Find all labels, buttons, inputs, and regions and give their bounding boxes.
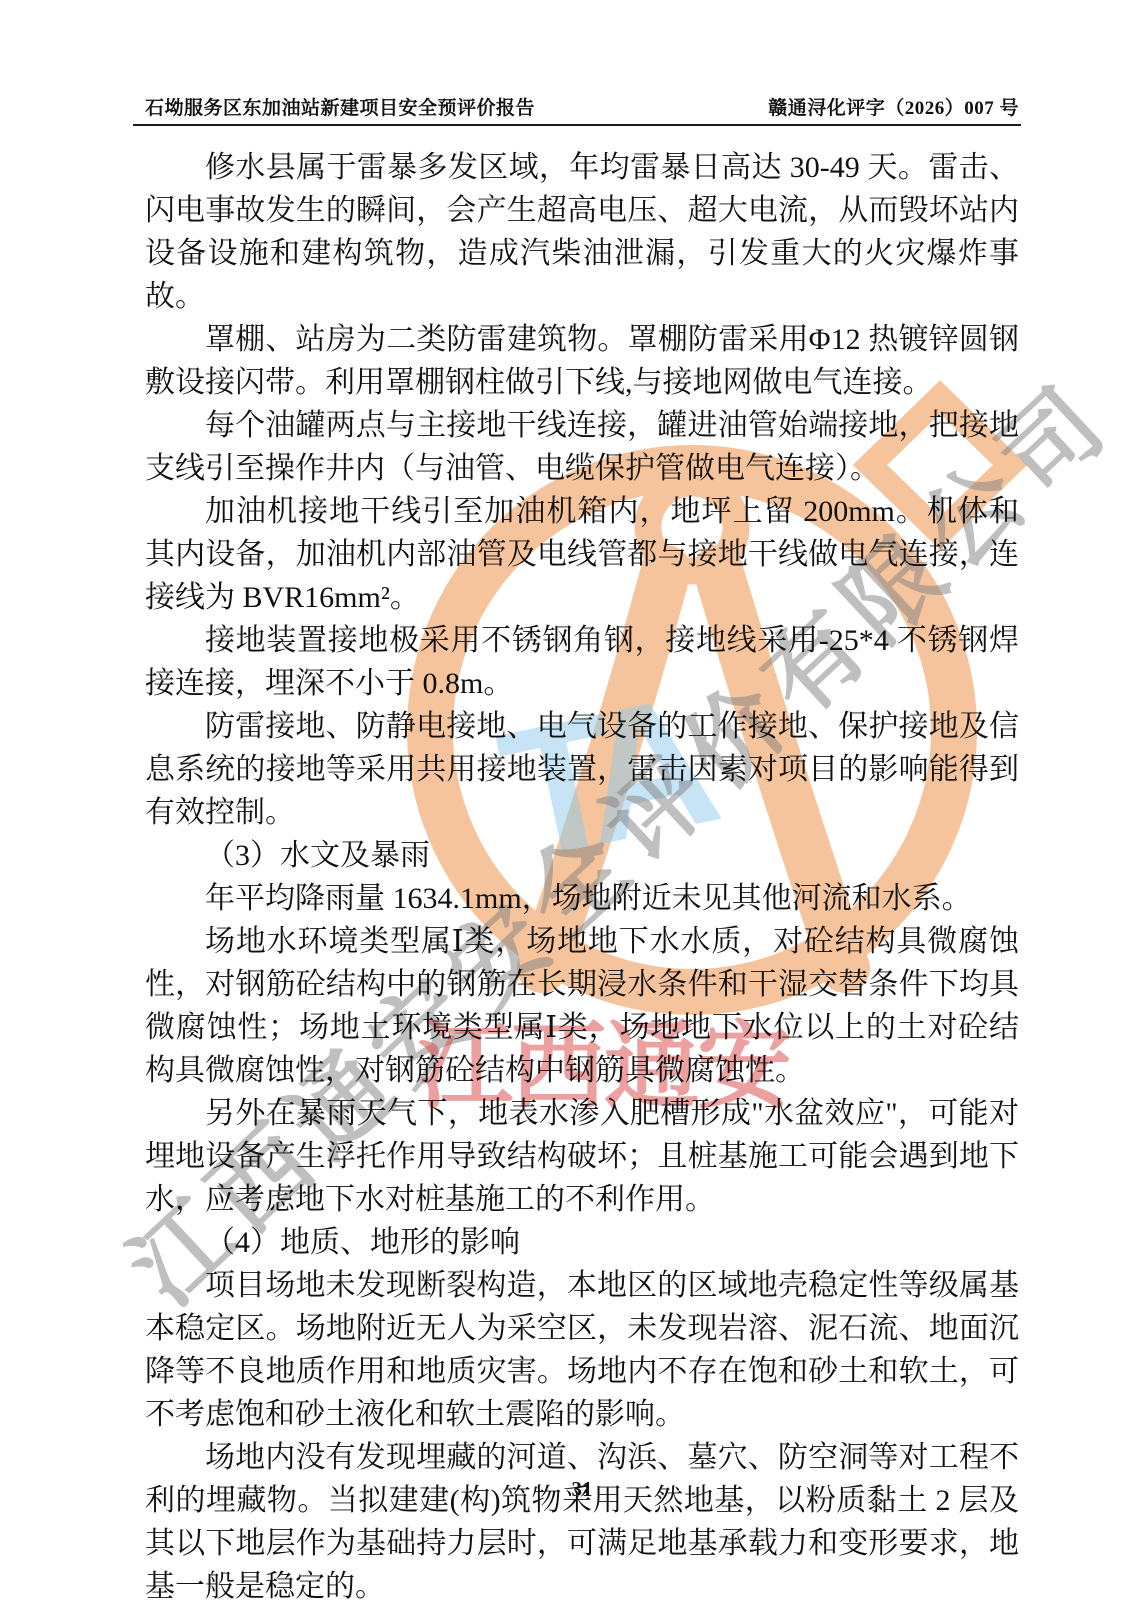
body-paragraph: 加油机接地干线引至加油机箱内，地坪上留 200mm。机体和其内设备，加油机内部油… (145, 490, 1019, 619)
page-header: 石坳服务区东加油站新建项目安全预评价报告 赣通浔化评字（2026）007 号 (145, 93, 1019, 120)
body-paragraph: 每个油罐两点与主接地干线连接，罐进油管始端接地，把接地支线引至操作井内（与油管、… (145, 404, 1019, 490)
body-paragraph: 防雷接地、防静电接地、电气设备的工作接地、保护接地及信息系统的接地等采用共用接地… (145, 705, 1019, 834)
document-number: 赣通浔化评字（2026）007 号 (768, 93, 1019, 120)
body-paragraph: 修水县属于雷暴多发区域，年均雷暴日高达 30-49 天。雷击、闪电事故发生的瞬间… (145, 146, 1019, 318)
body-paragraph: 场地水环境类型属Ⅰ类，场地地下水水质，对砼结构具微腐蚀性，对钢筋砼结构中的钢筋在… (145, 920, 1019, 1092)
section-heading: （3）水文及暴雨 (145, 834, 1019, 877)
body-paragraph: 项目场地未发现断裂构造，本地区的区域地壳稳定性等级属基本稳定区。场地附近无人为采… (145, 1264, 1019, 1436)
body-paragraph: 另外在暴雨天气下，地表水渗入肥槽形成"水盆效应"，可能对埋地设备产生浮托作用导致… (145, 1092, 1019, 1221)
body-paragraph: 年平均降雨量 1634.1mm，场地附近未见其他河流和水系。 (145, 877, 1019, 920)
document-body: 修水县属于雷暴多发区域，年均雷暴日高达 30-49 天。雷击、闪电事故发生的瞬间… (145, 146, 1019, 1600)
report-title: 石坳服务区东加油站新建项目安全预评价报告 (145, 93, 535, 120)
body-paragraph: 场地内没有发现埋藏的河道、沟浜、墓穴、防空洞等对工程不利的埋藏物。当拟建建(构)… (145, 1436, 1019, 1600)
section-heading: （4）地质、地形的影响 (145, 1221, 1019, 1264)
body-paragraph: 罩棚、站房为二类防雷建筑物。罩棚防雷采用Φ12 热镀锌圆钢敷设接闪带。利用罩棚钢… (145, 318, 1019, 404)
header-divider (133, 124, 1021, 126)
body-paragraph: 接地装置接地极采用不锈钢角钢，接地线采用-25*4 不锈钢焊接连接，埋深不小于 … (145, 619, 1019, 705)
page-number: 31 (145, 1477, 1019, 1502)
document-page: TA 江西通安安全评价有限公司 江西通安 石坳服务区东加油站新建项目安全预评价报… (0, 0, 1131, 1600)
